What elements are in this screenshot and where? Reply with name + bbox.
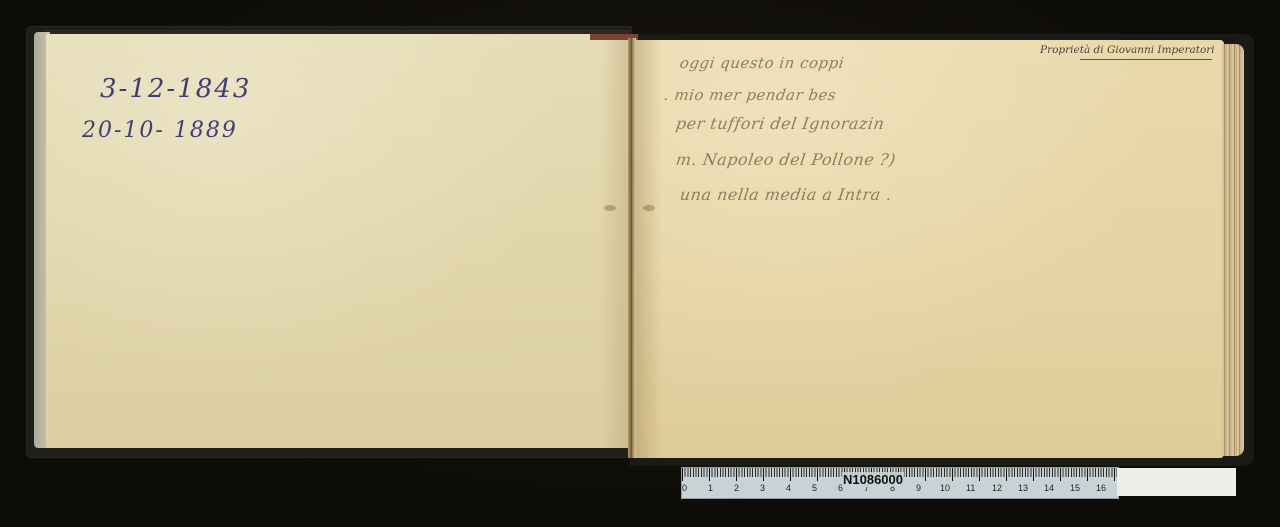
ruler-number: 12 <box>992 483 1002 493</box>
ruler-number: 4 <box>786 483 791 493</box>
stamp-underline <box>1080 59 1212 60</box>
ruler-number: 1 <box>708 483 713 493</box>
book-gutter <box>628 38 636 458</box>
pencil-line-3: per tuffori del Ignorazin <box>675 114 886 133</box>
ruler-number: 11 <box>966 483 975 493</box>
date-line-2: 20-10- 1889 <box>82 118 238 143</box>
date-line-1: 3-12-1843 <box>100 74 251 104</box>
page-edges <box>1222 44 1244 456</box>
pencil-line-2: . mio mer pendar bes <box>663 86 838 104</box>
ruler-number: 10 <box>940 483 950 493</box>
ownership-stamp: Proprietà di Giovanni Imperatori <box>1040 44 1215 56</box>
ruler-number: 15 <box>1070 483 1080 493</box>
pencil-line-4: m. Napoleo del Pollone ?) <box>675 150 897 169</box>
ruler-number: 16 <box>1096 483 1106 493</box>
stain-left <box>604 205 616 211</box>
stain-right <box>643 205 655 211</box>
ruler-number: 2 <box>734 483 739 493</box>
ruler-number: 13 <box>1018 483 1028 493</box>
ruler-number: 14 <box>1044 483 1054 493</box>
ruler-id-label: N1086000 <box>842 472 904 487</box>
ruler-number: 0 <box>682 483 687 493</box>
ruler-number: 3 <box>760 483 765 493</box>
measurement-ruler: 0 1 2 3 4 5 6 7 8 9 10 11 12 13 14 15 16… <box>681 467 1119 499</box>
ruler-white-extension <box>1117 468 1236 496</box>
pencil-line-5: una nella media a Intra . <box>679 185 894 204</box>
pencil-line-1: oggi questo in coppi <box>679 54 846 72</box>
ruler-number: 5 <box>812 483 817 493</box>
ruler-number: 9 <box>916 483 921 493</box>
